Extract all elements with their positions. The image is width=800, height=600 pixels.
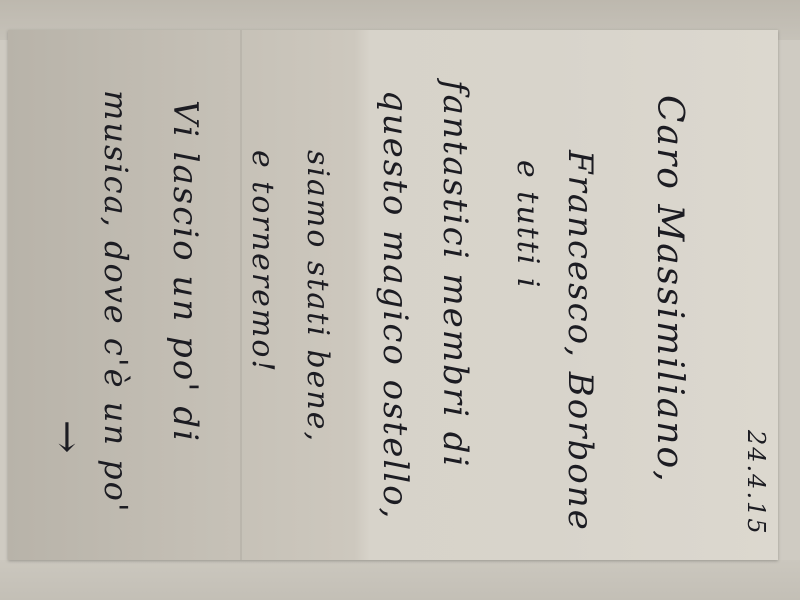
letter-line-7: e torneremo!	[245, 150, 280, 373]
letter-date: 24.4.15	[742, 430, 770, 536]
letter-line-2: Francesco, Borbone	[560, 150, 600, 532]
continuation-arrow-icon: →	[44, 420, 90, 454]
paper-fold	[240, 30, 242, 560]
letter-line-3: e tutti i	[510, 160, 545, 290]
letter-line-8: Vi lascio un po' di	[165, 100, 205, 443]
letter-line-5: questo magico ostello,	[375, 90, 415, 520]
letter-line-4: fantastici membri di	[435, 80, 475, 468]
letter-line-9: musica, dove c'è un po'	[97, 90, 135, 514]
letter-line-6: siamo stati bene,	[300, 150, 335, 443]
background-bottom	[0, 560, 800, 600]
salutation-line: Caro Massimiliano,	[649, 95, 690, 484]
